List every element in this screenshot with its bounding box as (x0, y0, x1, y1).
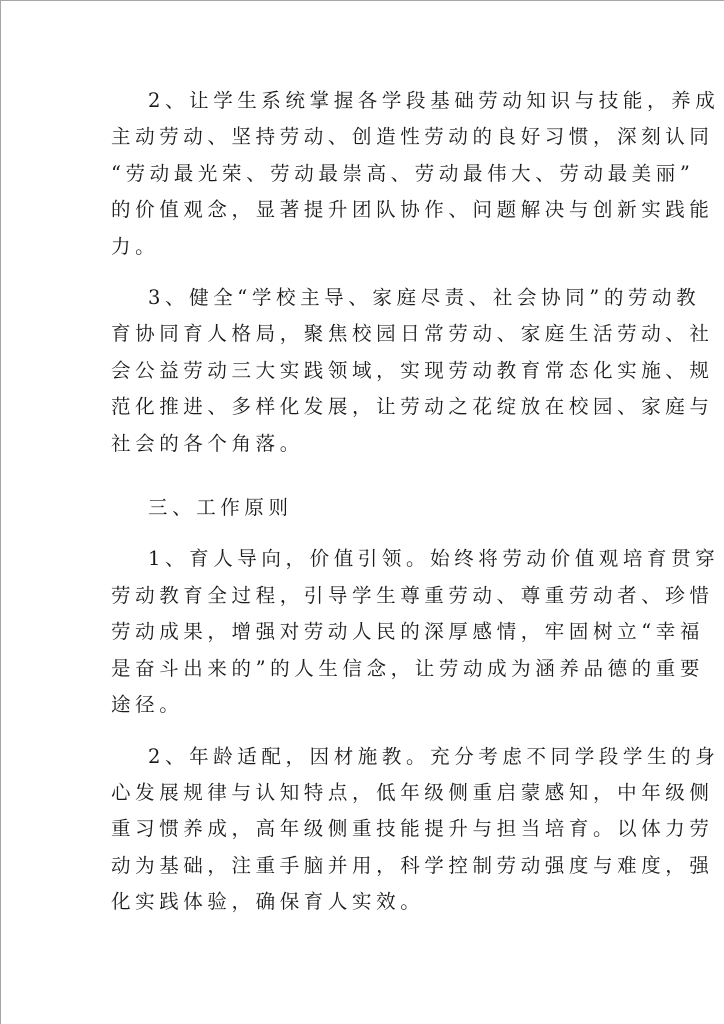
paragraph-principle-2: 2、年龄适配，因材施教。充分考虑不同学段学生的身 心发展规律与认知特点，低年级侧… (111, 739, 611, 921)
text-line: 2、让学生系统掌握各学段基础劳动知识与技能，养成 (111, 83, 611, 119)
text-line: 会公益劳动三大实践领域，实现劳动教育常态化实施、规 (111, 353, 611, 389)
text-line: 动为基础，注重手脑并用，科学控制劳动强度与难度，强 (111, 848, 611, 884)
section-heading: 三、工作原则 (111, 490, 611, 526)
text-line: 途径。 (111, 687, 611, 723)
text-line: 育协同育人格局，聚焦校园日常劳动、家庭生活劳动、社 (111, 316, 611, 352)
text-line: 主动劳动、坚持劳动、创造性劳动的良好习惯，深刻认同 (111, 119, 611, 155)
text-line: 是奋斗出来的”的人生信念，让劳动成为涵养品德的重要 (111, 651, 611, 687)
text-line: 重习惯养成，高年级侧重技能提升与担当培育。以体力劳 (111, 811, 611, 847)
text-line: 社会的各个角落。 (111, 426, 611, 462)
document-body: 2、让学生系统掌握各学段基础劳动知识与技能，养成 主动劳动、坚持劳动、创造性劳动… (111, 83, 611, 936)
text-line: 2、年龄适配，因材施教。充分考虑不同学段学生的身 (111, 739, 611, 775)
document-page: 2、让学生系统掌握各学段基础劳动知识与技能，养成 主动劳动、坚持劳动、创造性劳动… (0, 0, 724, 1024)
text-line: 化实践体验，确保育人实效。 (111, 884, 611, 920)
text-line: 劳动成果，增强对劳动人民的深厚感情，牢固树立“幸福 (111, 614, 611, 650)
text-line: 力。 (111, 229, 611, 265)
text-line: “劳动最光荣、劳动最崇高、劳动最伟大、劳动最美丽” (111, 156, 611, 192)
text-line: 心发展规律与认知特点，低年级侧重启蒙感知，中年级侧 (111, 775, 611, 811)
text-line: 范化推进、多样化发展，让劳动之花绽放在校园、家庭与 (111, 389, 611, 425)
paragraph-objective-2: 2、让学生系统掌握各学段基础劳动知识与技能，养成 主动劳动、坚持劳动、创造性劳动… (111, 83, 611, 265)
paragraph-objective-3: 3、健全“学校主导、家庭尽责、社会协同”的劳动教 育协同育人格局，聚焦校园日常劳… (111, 280, 611, 462)
text-line: 劳动教育全过程，引导学生尊重劳动、尊重劳动者、珍惜 (111, 578, 611, 614)
text-line: 的价值观念，显著提升团队协作、问题解决与创新实践能 (111, 192, 611, 228)
paragraph-principle-1: 1、育人导向，价值引领。始终将劳动价值观培育贯穿 劳动教育全过程，引导学生尊重劳… (111, 541, 611, 723)
text-line: 1、育人导向，价值引领。始终将劳动价值观培育贯穿 (111, 541, 611, 577)
text-line: 3、健全“学校主导、家庭尽责、社会协同”的劳动教 (111, 280, 611, 316)
